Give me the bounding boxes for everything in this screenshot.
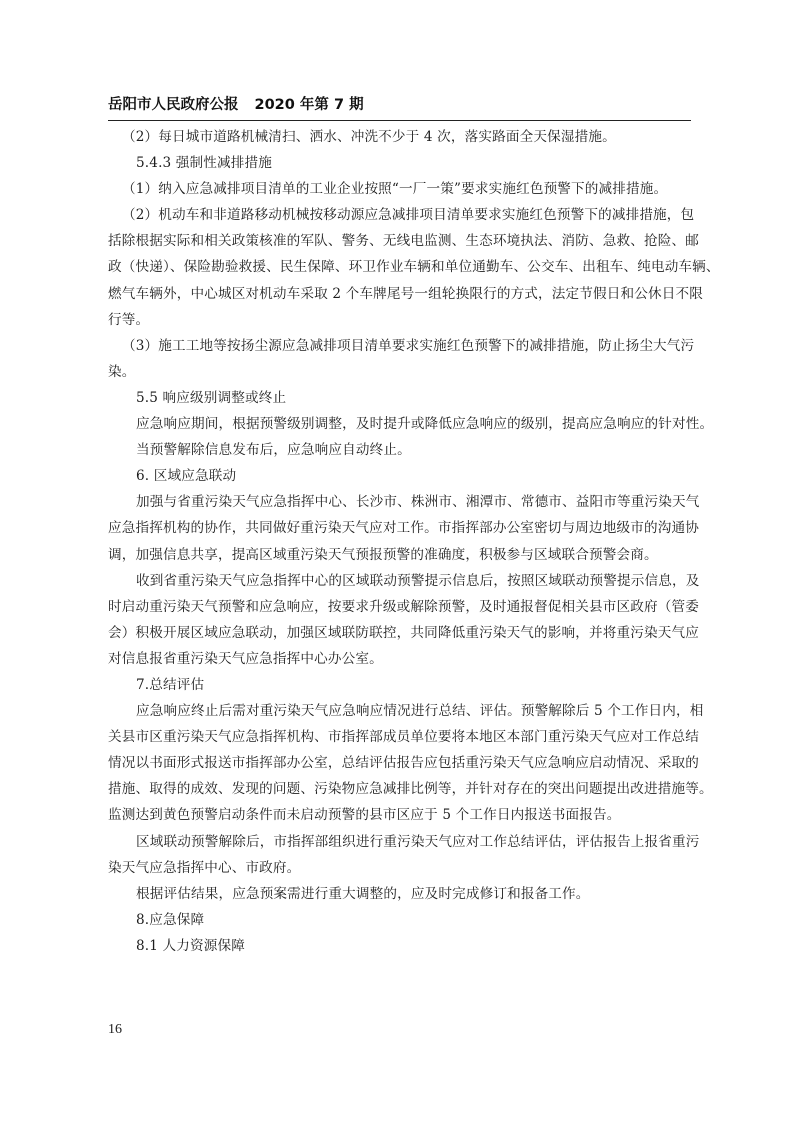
publication-title: 岳阳市人民政府公报 xyxy=(108,97,239,113)
text-line: 关县市区重污染天气应急指挥机构、市指挥部成员单位要将本地区本部门重污染天气应对工… xyxy=(108,724,691,750)
text-line: 应急响应终止后需对重污染天气应急响应情况进行总结、评估。预警解除后 5 个工作日… xyxy=(108,698,691,724)
page-number: 16 xyxy=(108,1022,122,1038)
text-line: 应急响应期间，根据预警级别调整，及时提升或降低应急响应的级别，提高应急响应的针对… xyxy=(108,411,691,437)
section-heading: 8.1 人力资源保障 xyxy=(108,933,691,959)
text-line: （1）纳入应急减排项目清单的工业企业按照“一厂一策”要求实施红色预警下的减排措施… xyxy=(108,176,691,202)
text-line: 加强与省重污染天气应急指挥中心、长沙市、株洲市、湘潭市、常德市、益阳市等重污染天… xyxy=(108,489,691,515)
running-header: 岳阳市人民政府公报2020 年第 7 期 xyxy=(108,94,691,121)
text-line: 政（快递）、保险勘验救援、民生保障、环卫作业车辆和单位通勤车、公交车、出租车、纯… xyxy=(108,254,691,280)
document-page: 岳阳市人民政府公报2020 年第 7 期 （2）每日城市道路机械清扫、洒水、冲洗… xyxy=(0,0,793,1122)
section-heading: 5.5 响应级别调整或终止 xyxy=(108,385,691,411)
text-line: 染天气应急指挥中心、市政府。 xyxy=(108,855,691,881)
text-line: 行等。 xyxy=(108,307,691,333)
text-line: 措施、取得的成效、发现的问题、污染物应急减排比例等，并针对存在的突出问题提出改进… xyxy=(108,776,691,802)
text-line: 括除根据实际和相关政策核准的军队、警务、无线电监测、生态环境执法、消防、急救、抢… xyxy=(108,228,691,254)
text-line: 当预警解除信息发布后，应急响应自动终止。 xyxy=(108,437,691,463)
text-line: （2）机动车和非道路移动机械按移动源应急减排项目清单要求实施红色预警下的减排措施… xyxy=(108,202,691,228)
body-text: （2）每日城市道路机械清扫、洒水、冲洗不少于 4 次，落实路面全天保湿措施。 5… xyxy=(108,124,691,959)
text-line: （3）施工工地等按扬尘源应急减排项目清单要求实施红色预警下的减排措施，防止扬尘大… xyxy=(108,333,691,359)
section-heading: 6. 区域应急联动 xyxy=(108,463,691,489)
text-line: （2）每日城市道路机械清扫、洒水、冲洗不少于 4 次，落实路面全天保湿措施。 xyxy=(108,124,691,150)
issue-label: 2020 年第 7 期 xyxy=(255,97,364,113)
text-line: 收到省重污染天气应急指挥中心的区域联动预警提示信息后，按照区域联动预警提示信息，… xyxy=(108,568,691,594)
text-line: 燃气车辆外，中心城区对机动车采取 2 个车牌尾号一组轮换限行的方式，法定节假日和… xyxy=(108,281,691,307)
section-heading: 7.总结评估 xyxy=(108,672,691,698)
text-line: 对信息报省重污染天气应急指挥中心办公室。 xyxy=(108,646,691,672)
text-line: 会）积极开展区域应急联动，加强区域联防联控，共同降低重污染天气的影响，并将重污染… xyxy=(108,620,691,646)
text-line: 情况以书面形式报送市指挥部办公室，总结评估报告应包括重污染天气应急响应启动情况、… xyxy=(108,750,691,776)
text-line: 时启动重污染天气预警和应急响应，按要求升级或解除预警，及时通报督促相关县市区政府… xyxy=(108,594,691,620)
section-heading: 5.4.3 强制性减排措施 xyxy=(108,150,691,176)
text-line: 染。 xyxy=(108,359,691,385)
text-line: 区域联动预警解除后，市指挥部组织进行重污染天气应对工作总结评估，评估报告上报省重… xyxy=(108,829,691,855)
text-line: 根据评估结果，应急预案需进行重大调整的，应及时完成修订和报备工作。 xyxy=(108,881,691,907)
text-line: 调，加强信息共享，提高区域重污染天气预报预警的准确度，积极参与区域联合预警会商。 xyxy=(108,542,691,568)
text-line: 监测达到黄色预警启动条件而未启动预警的县市区应于 5 个工作日内报送书面报告。 xyxy=(108,802,691,828)
section-heading: 8.应急保障 xyxy=(108,907,691,933)
text-line: 应急指挥机构的协作，共同做好重污染天气应对工作。市指挥部办公室密切与周边地级市的… xyxy=(108,515,691,541)
